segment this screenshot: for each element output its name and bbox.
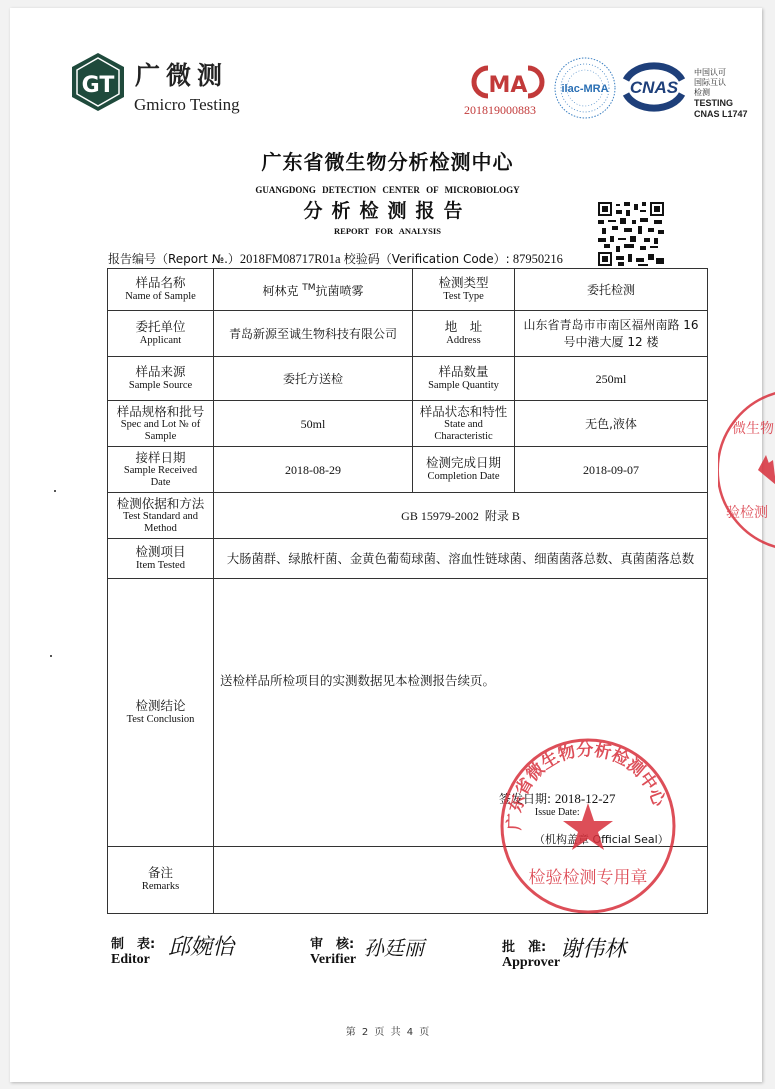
value-spec-lot: 50ml — [214, 401, 413, 447]
label-test-standard: 检测依据和方法Test Standard and Method — [108, 493, 214, 539]
ilac-mra-icon: ilac-MRA — [552, 55, 618, 121]
qr-code-icon — [598, 202, 664, 266]
svg-text:检验检测专用章: 检验检测专用章 — [529, 867, 648, 888]
label-sample-quantity: 样品数量Sample Quantity — [413, 357, 515, 401]
value-received-date: 2018-08-29 — [214, 447, 413, 493]
value-address: 山东省青岛市市南区福州南路 16 号中港大厦 12 楼 — [515, 311, 708, 357]
label-state: 样品状态和特性State and Characteristic — [413, 401, 515, 447]
table-row: 委托单位Applicant 青岛新源至诚生物科技有限公司 地 址Address … — [108, 311, 708, 357]
cnas-logo-icon: CNAS — [620, 62, 688, 112]
cma-number: 201819000883 — [464, 103, 536, 118]
svg-text:验检测: 验检测 — [726, 504, 768, 521]
label-item-tested: 检测项目Item Tested — [108, 539, 214, 579]
value-sample-quantity: 250ml — [515, 357, 708, 401]
verifier-signature: 孙廷丽 — [364, 932, 424, 961]
cnas-accreditation-text: 中国认可 国际互认 检测 TESTING CNAS L1747 — [694, 68, 748, 120]
label-completion-date: 检测完成日期Completion Date — [413, 447, 515, 493]
svg-text:GT: GT — [82, 73, 115, 98]
value-item-tested: 大肠菌群、绿脓杆菌、金黄色葡萄球菌、溶血性链球菌、细菌菌落总数、真菌菌落总数 — [214, 539, 708, 579]
label-spec-lot: 样品规格和批号Spec and Lot № of Sample — [108, 401, 214, 447]
svg-text:微生物: 微生物 — [732, 420, 774, 437]
verifier-signature-block: 审 核: Verifier — [310, 933, 356, 968]
value-sample-name: 柯林克 TM抗菌喷雾 — [214, 269, 413, 311]
verification-code: 87950216 — [513, 252, 563, 266]
svg-text:MA: MA — [489, 73, 528, 98]
conclusion-text: 送检样品所检项目的实测数据见本检测报告续页。 — [220, 674, 495, 688]
logo-english-name: Gmicro Testing — [134, 95, 240, 115]
table-row: 样品来源Sample Source 委托方送检 样品数量Sample Quant… — [108, 357, 708, 401]
page-number: 第 2 页 共 4 页 — [0, 1023, 775, 1038]
value-test-standard: GB 15979-2002 附录 B — [214, 493, 708, 539]
cma-mark-icon: MA — [470, 64, 546, 100]
table-row: 样品名称Name of Sample 柯林克 TM抗菌喷雾 检测类型Test T… — [108, 269, 708, 311]
label-remarks: 备注Remarks — [108, 847, 214, 914]
table-row: 检测依据和方法Test Standard and Method GB 15979… — [108, 493, 708, 539]
gmicro-logo-icon: GT — [70, 52, 126, 112]
label-received-date: 接样日期Sample Received Date — [108, 447, 214, 493]
report-number-label: 报告编号（Report №.） — [108, 252, 240, 266]
label-applicant: 委托单位Applicant — [108, 311, 214, 357]
label-address: 地 址Address — [413, 311, 515, 357]
approver-signature-block: 批 准: Approver — [502, 936, 560, 971]
scan-dot — [50, 655, 52, 657]
value-state: 无色,液体 — [515, 401, 708, 447]
svg-text:CNAS: CNAS — [630, 78, 679, 97]
verification-code-label: 校验码（Verification Code）: — [344, 252, 510, 266]
cross-page-seal-icon: 微生物 验检测 — [718, 385, 775, 555]
label-test-type: 检测类型Test Type — [413, 269, 515, 311]
organization-title-english: GUANGDONG DETECTION CENTER OF MICROBIOLO… — [0, 185, 775, 195]
label-sample-source: 样品来源Sample Source — [108, 357, 214, 401]
svg-text:ilac-MRA: ilac-MRA — [561, 83, 608, 95]
table-row: 检测项目Item Tested 大肠菌群、绿脓杆菌、金黄色葡萄球菌、溶血性链球菌… — [108, 539, 708, 579]
scan-dot — [54, 490, 56, 492]
value-sample-source: 委托方送检 — [214, 357, 413, 401]
editor-signature-block: 制 表: Editor — [111, 933, 155, 968]
editor-signature: 邱婉怡 — [168, 930, 234, 961]
report-number: 2018FM08717R01a — [240, 252, 341, 266]
approver-signature: 谢伟林 — [560, 932, 626, 963]
label-test-conclusion: 检测结论Test Conclusion — [108, 579, 214, 847]
label-sample-name: 样品名称Name of Sample — [108, 269, 214, 311]
official-seal-icon: 广东省微生物分析检测中心 检验检测专用章 — [497, 735, 679, 917]
value-applicant: 青岛新源至诚生物科技有限公司 — [214, 311, 413, 357]
value-completion-date: 2018-09-07 — [515, 447, 708, 493]
organization-title: 广东省微生物分析检测中心 — [0, 146, 775, 175]
value-test-type: 委托检测 — [515, 269, 708, 311]
table-row: 接样日期Sample Received Date 2018-08-29 检测完成… — [108, 447, 708, 493]
table-row: 样品规格和批号Spec and Lot № of Sample 50ml 样品状… — [108, 401, 708, 447]
report-number-line: 报告编号（Report №.）2018FM08717R01a 校验码（Verif… — [108, 250, 563, 267]
logo-chinese-name: 广微测 — [135, 56, 228, 92]
